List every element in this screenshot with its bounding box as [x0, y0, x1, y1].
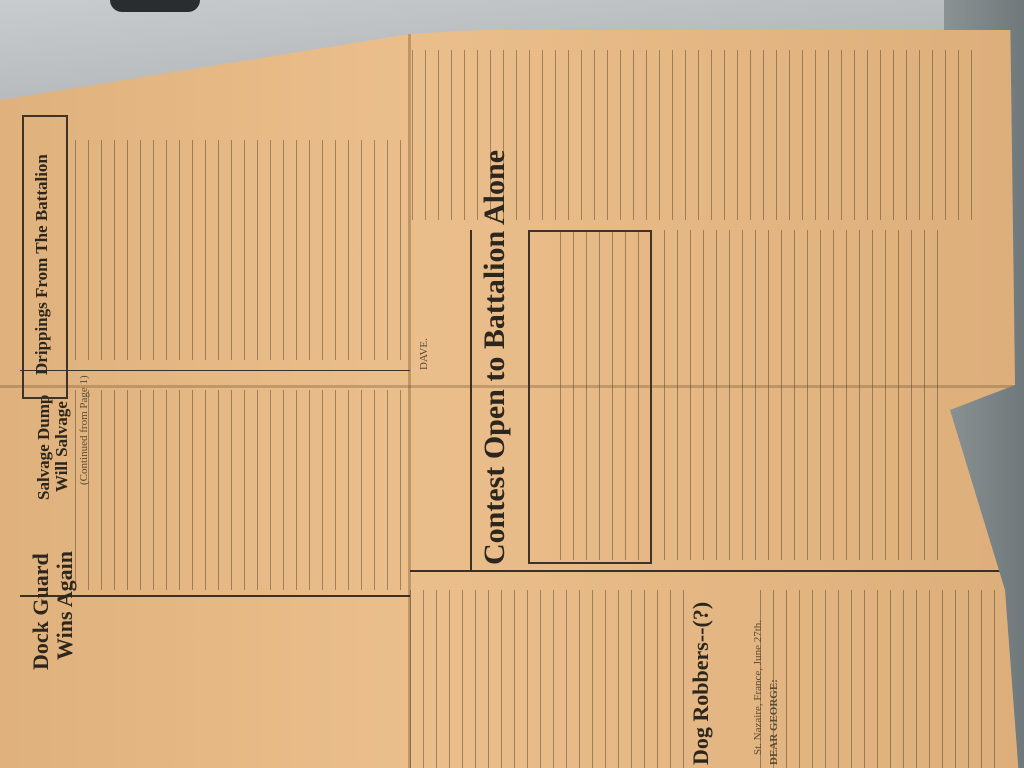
desk-object — [110, 0, 200, 12]
headline-dog-robbers: Dog Robbers--(?) — [688, 602, 714, 765]
column-rule — [470, 230, 472, 570]
salutation: DEAR GEORGE: — [768, 679, 781, 765]
column-rule — [410, 570, 1000, 572]
signature: DAVE. — [418, 338, 431, 370]
headline-drippings: Drippings From The Battalion — [32, 154, 52, 375]
contest-image-box — [528, 230, 652, 564]
headline-dock-guard-line2: Wins Again — [52, 551, 78, 660]
column-rule — [20, 595, 410, 597]
newspaper-page: Dock Guard Wins Again Salvage Dump Will … — [0, 30, 1020, 768]
column-rule — [20, 370, 410, 371]
headline-dock-guard-line1: Dock Guard — [28, 553, 54, 670]
headline-salvage-dump-line2: Will Salvage — [52, 401, 72, 492]
continued-note: (Continued from Page 1) — [78, 375, 91, 485]
dateline: St. Nazaire, France, June 27th. — [752, 620, 765, 755]
headline-salvage-dump-line1: Salvage Dump — [34, 395, 54, 500]
headline-contest: Contest Open to Battalion Alone — [478, 150, 512, 565]
